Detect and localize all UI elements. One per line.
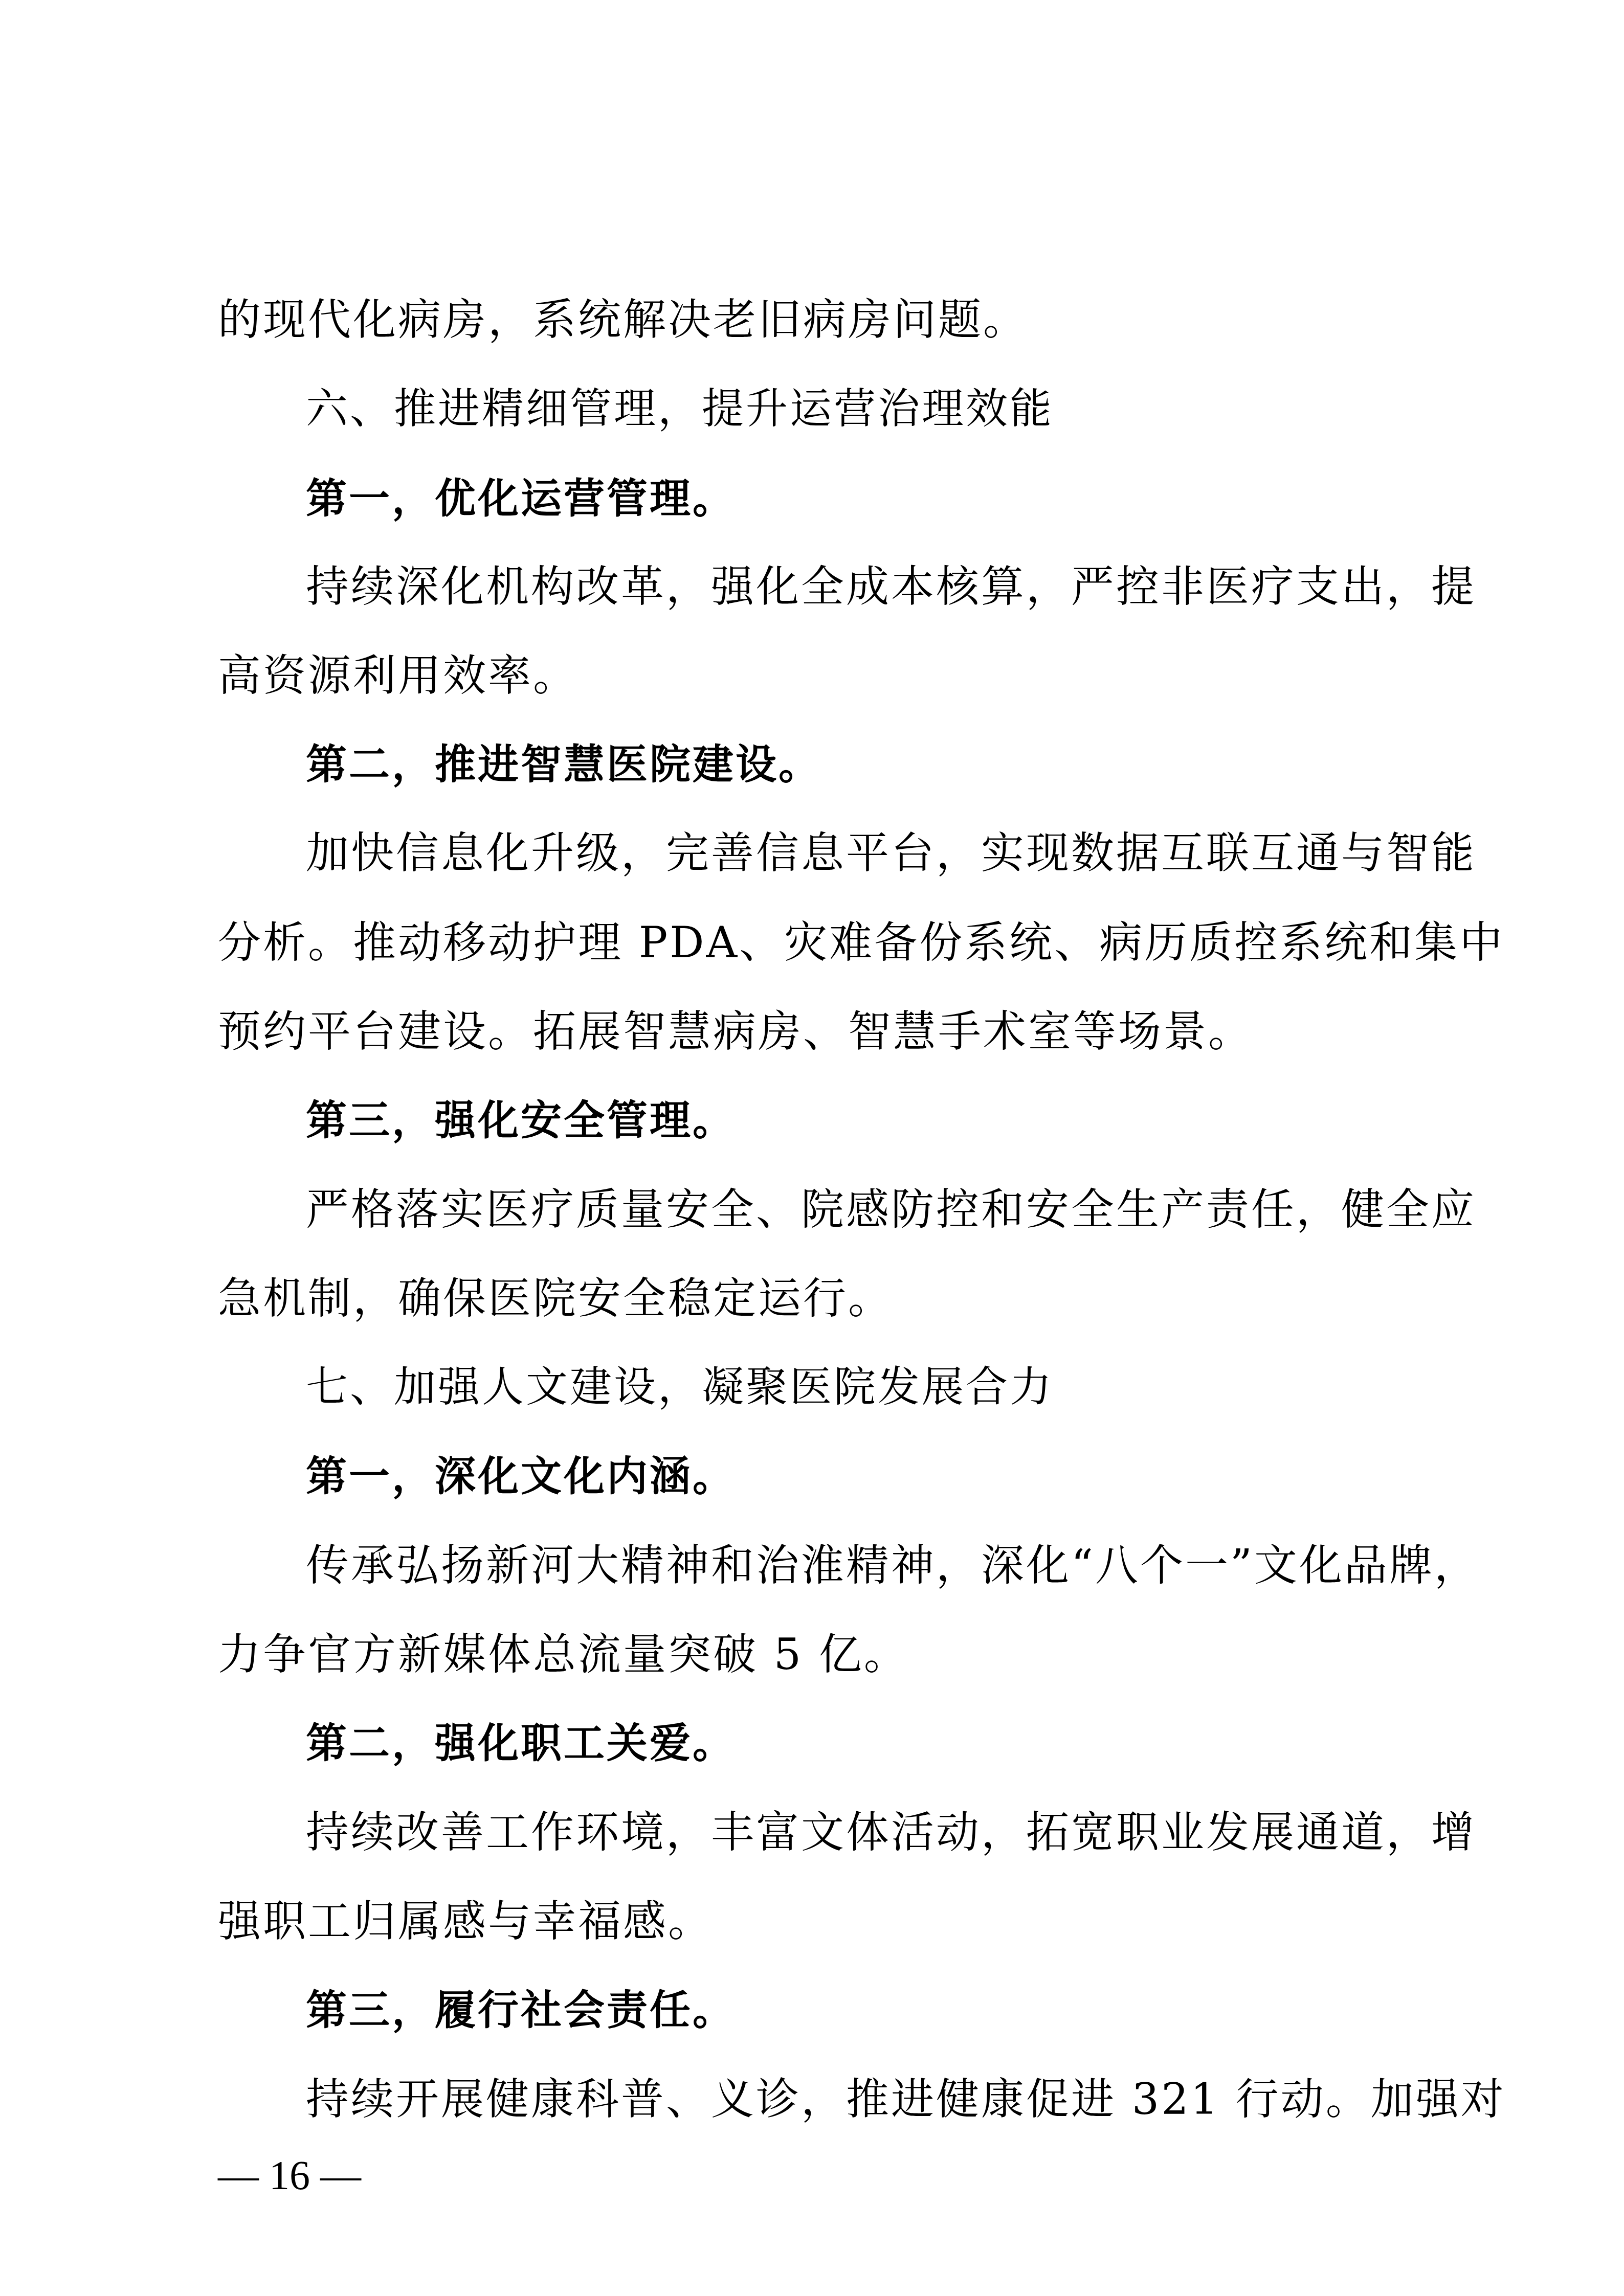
body-text: 急机制，确保医院安全稳定运行。: [218, 1273, 893, 1324]
body-text: 的现代化病房，系统解决老旧病房问题。: [218, 294, 1028, 345]
subheading: 第三，强化安全管理。: [306, 1095, 736, 1146]
subheading: 第二，强化职工关爱。: [306, 1718, 736, 1769]
body-text: 持续改善工作环境，丰富文体活动，拓宽职业发展通道，增: [306, 1807, 1476, 1858]
subheading: 第二，推进智慧医院建设。: [306, 739, 821, 790]
section-heading-6: 六、推进精细管理，提升运营治理效能: [306, 384, 1054, 435]
body-text: 加快信息化升级，完善信息平台，实现数据互联互通与智能: [306, 827, 1476, 879]
body-text: 强职工归属感与幸福感。: [218, 1896, 713, 1947]
section-heading-7: 七、加强人文建设，凝聚医院发展合力: [306, 1362, 1054, 1413]
body-text: 传承弘扬新河大精神和治淮精神，深化“八个一”文化品牌，: [306, 1540, 1479, 1591]
subheading: 第一，深化文化内涵。: [306, 1451, 736, 1502]
body-text: 持续深化机构改革，强化全成本核算，严控非医疗支出，提: [306, 561, 1476, 612]
subheading: 第三，履行社会责任。: [306, 1985, 736, 2036]
body-text: 严格落实医疗质量安全、院感防控和安全生产责任，健全应: [306, 1184, 1476, 1235]
body-text: 分析。推动移动护理 PDA、灾难备份系统、病历质控系统和集中: [218, 917, 1504, 968]
subheading: 第一，优化运营管理。: [306, 473, 736, 524]
body-text: 高资源利用效率。: [218, 650, 578, 701]
body-text: 预约平台建设。拓展智慧病房、智慧手术室等场景。: [218, 1006, 1253, 1057]
body-text: 力争官方新媒体总流量突破 5 亿。: [218, 1629, 909, 1680]
page-number: — 16 —: [218, 2150, 361, 2201]
body-text: 持续开展健康科普、义诊，推进健康促进 321 行动。加强对: [306, 2074, 1506, 2125]
